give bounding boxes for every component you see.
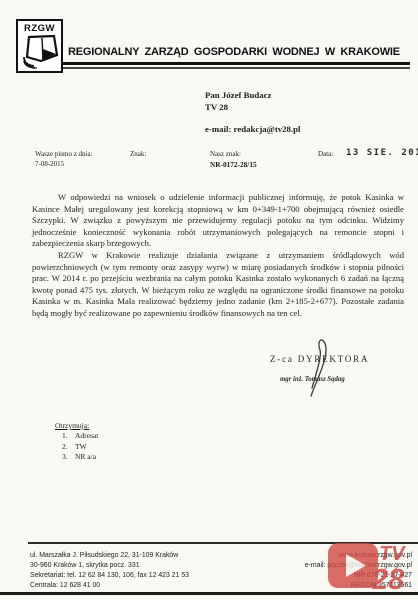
ref-value: NR-0172-28/15 bbox=[210, 160, 257, 169]
org-title: REGIONALNY ZARZĄD GOSPODARKI WODNEJ W KR… bbox=[68, 46, 412, 58]
signature-block: Z-ca DYREKTORA mgr inż. Tomasz Sądag bbox=[270, 354, 400, 383]
recipient-block: Pan Józef Budacz TV 28 e-mail: redakcja@… bbox=[205, 90, 301, 136]
footer-line: Sekretariat: tel. 12 62 84 130, 106, fax… bbox=[30, 571, 189, 581]
list-item-number: 1. bbox=[62, 431, 75, 441]
letter-body: W odpowiedzi na wniosek o udzielenie inf… bbox=[32, 192, 404, 320]
scanned-letter-page: RZGW REGIONALNY ZARZĄD GOSPODARKI WODNEJ… bbox=[0, 0, 418, 600]
paragraph-2: RZGW w Krakowie realizuje działania zwią… bbox=[32, 250, 404, 320]
recipient-org: TV 28 bbox=[205, 102, 301, 114]
list-item-label: NR a/a bbox=[75, 452, 96, 462]
ref-col-mark: Znak: bbox=[130, 150, 146, 159]
recipient-email: e-mail: redakcja@tv28.pl bbox=[205, 124, 301, 136]
footer-line: ul. Marszałka J. Piłsudskiego 22, 31-109… bbox=[30, 551, 189, 561]
signature-title: Z-ca DYREKTORA bbox=[270, 354, 400, 364]
distribution-label: Otrzymują: bbox=[55, 421, 98, 431]
tv28-play-icon bbox=[328, 543, 378, 588]
ref-label: Znak: bbox=[130, 150, 146, 159]
rzgw-logo-label: RZGW bbox=[18, 23, 61, 34]
footer-line: 30-960 Kraków 1, skrytka pocz. 331 bbox=[30, 561, 189, 571]
signature-name: mgr inż. Tomasz Sądag bbox=[280, 376, 400, 383]
ref-value: 7-08-2015 bbox=[35, 160, 93, 169]
footer-line: Centrala: 12 628 41 00 bbox=[30, 581, 189, 591]
footer-address-block: ul. Marszałka J. Piłsudskiego 22, 31-109… bbox=[30, 551, 189, 591]
paragraph-1: W odpowiedzi na wniosek o udzielenie inf… bbox=[32, 192, 404, 250]
handwritten-signature-icon bbox=[301, 336, 335, 398]
date-stamp: 13 SIE. 2015 bbox=[346, 148, 418, 158]
tv28-number-text: 28 bbox=[371, 564, 405, 592]
list-item: 3. NR a/a bbox=[55, 452, 98, 462]
ref-label: Data: bbox=[318, 150, 333, 159]
ref-label: Nasz znak: bbox=[210, 150, 257, 159]
list-item: 1. Adresat bbox=[55, 431, 98, 441]
list-item-label: Adresat bbox=[75, 431, 98, 441]
rzgw-logo: RZGW bbox=[16, 19, 63, 73]
ref-col-date: Data: bbox=[318, 150, 333, 159]
list-item-number: 2. bbox=[62, 442, 75, 452]
tv28-tv-text: TV bbox=[379, 543, 406, 565]
ref-col-your-letter: Wasze pismo z dnia: 7-08-2015 bbox=[35, 150, 93, 169]
header-rule-thick bbox=[63, 62, 410, 65]
header-rule-thin bbox=[63, 67, 410, 69]
rzgw-book-water-icon bbox=[21, 35, 59, 69]
list-item: 2. TW bbox=[55, 442, 98, 452]
footer-rule-bottom bbox=[0, 592, 418, 595]
tv28-watermark-logo: TV 28 bbox=[328, 539, 416, 592]
ref-label: Wasze pismo z dnia: bbox=[35, 150, 93, 159]
list-item-number: 3. bbox=[62, 452, 75, 462]
ref-col-our-mark: Nasz znak: NR-0172-28/15 bbox=[210, 150, 257, 169]
list-item-label: TW bbox=[75, 442, 87, 452]
distribution-block: Otrzymują: 1. Adresat 2. TW 3. NR a/a bbox=[55, 421, 98, 462]
recipient-name: Pan Józef Budacz bbox=[205, 90, 301, 102]
